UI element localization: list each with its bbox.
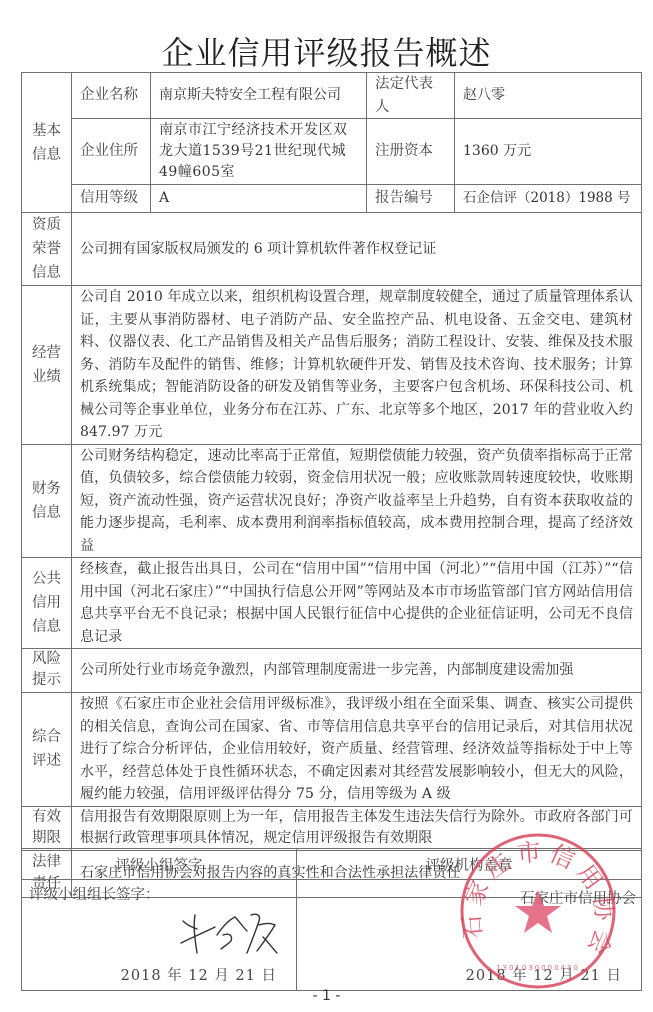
- address-label: 企业住所: [72, 119, 151, 185]
- business-text: 公司自 2010 年成立以来，组织机构设置合理，规章制度较健全，通过了质量管理体…: [72, 286, 642, 445]
- org-stamp-header: 评级机构盖章: [297, 849, 642, 880]
- row-address: 企业住所 南京市江宁经济技术开发区双龙大道1539号21世纪现代城49幢605室…: [22, 119, 642, 185]
- row-qualification: 资质荣誉信息 公司拥有国家版权局颁发的 6 项计算机软件著作权登记证: [22, 213, 642, 286]
- section-label-qualification: 资质荣誉信息: [22, 213, 72, 286]
- page-number: - 1 -: [0, 988, 653, 1004]
- section-label-validity: 有效期限: [22, 806, 72, 850]
- credit-level-value: A: [151, 185, 367, 213]
- row-credit-level: 信用等级 A 报告编号 石企信评（2018）1988 号: [22, 185, 642, 213]
- row-risk: 风险提示 公司所处行业市场竞争激烈，内部管理制度需进一步完善，内部制度建设需加强: [22, 649, 642, 693]
- capital-value: 1360 万元: [455, 119, 642, 185]
- report-no-value: 石企信评（2018）1988 号: [455, 185, 642, 213]
- section-label-public-credit: 公共信用信息: [22, 558, 72, 649]
- group-signature-cell: 评级小组组长签字： 2018 年 12 月 21 日: [22, 880, 297, 991]
- financial-text: 公司财务结构稳定，速动比率高于正常值，短期偿债能力较强，资产负债率指标高于正常值…: [72, 444, 642, 558]
- company-name-value: 南京斯夫特安全工程有限公司: [151, 73, 367, 119]
- signature-table: 评级小组签字 评级机构盖章 评级小组组长签字： 2018 年: [21, 848, 642, 991]
- org-stamp-cell: 石家庄市信用协会 2018 年 12 月 21 日: [297, 880, 642, 991]
- risk-text: 公司所处行业市场竞争激烈，内部管理制度需进一步完善，内部制度建设需加强: [72, 649, 642, 693]
- section-label-financial: 财务信息: [22, 444, 72, 558]
- section-label-basic-info: 基本信息: [22, 73, 72, 213]
- handwritten-signature: [173, 909, 283, 959]
- org-name: 石家庄市信用协会: [520, 887, 636, 908]
- row-public-credit: 公共信用信息 经核查，截止报告出具日，公司在“信用中国”“信用中国（河北）”“信…: [22, 558, 642, 649]
- section-label-risk: 风险提示: [22, 649, 72, 693]
- address-value: 南京市江宁经济技术开发区双龙大道1539号21世纪现代城49幢605室: [151, 119, 367, 185]
- capital-label: 注册资本: [367, 119, 455, 185]
- page-title: 企业信用评级报告概述: [0, 28, 653, 74]
- row-business-performance: 经营业绩 公司自 2010 年成立以来，组织机构设置合理，规章制度较健全，通过了…: [22, 286, 642, 445]
- section-label-summary: 综合评述: [22, 693, 72, 807]
- group-signature-date: 2018 年 12 月 21 日: [121, 964, 277, 985]
- qualification-text: 公司拥有国家版权局颁发的 6 项计算机软件著作权登记证: [72, 213, 642, 286]
- report-table: 基本信息 企业名称 南京斯夫特安全工程有限公司 法定代表人 赵八零 企业住所 南…: [21, 72, 642, 898]
- section-label-business: 经营业绩: [22, 286, 72, 445]
- leader-signature-label: 评级小组组长签字：: [29, 883, 160, 904]
- row-validity: 有效期限 信用报告有效期限原则上为一年，信用报告主体发生违法失信行为除外。市政府…: [22, 806, 642, 850]
- row-summary: 综合评述 按照《石家庄市企业社会信用评级标准》，我评级小组在全面采集、调查、核实…: [22, 693, 642, 807]
- row-financial: 财务信息 公司财务结构稳定，速动比率高于正常值，短期偿债能力较强，资产负债率指标…: [22, 444, 642, 558]
- credit-level-label: 信用等级: [72, 185, 151, 213]
- legal-rep-value: 赵八零: [455, 73, 642, 119]
- summary-text: 按照《石家庄市企业社会信用评级标准》，我评级小组在全面采集、调查、核实公司提供的…: [72, 693, 642, 807]
- company-name-label: 企业名称: [72, 73, 151, 119]
- legal-rep-label: 法定代表人: [367, 73, 455, 119]
- public-credit-text: 经核查，截止报告出具日，公司在“信用中国”“信用中国（河北）”“信用中国（江苏）…: [72, 558, 642, 649]
- org-stamp-date: 2018 年 12 月 21 日: [466, 964, 622, 985]
- validity-text: 信用报告有效期限原则上为一年，信用报告主体发生违法失信行为除外。市政府各部门可根…: [72, 806, 642, 850]
- report-no-label: 报告编号: [367, 185, 455, 213]
- group-signature-header: 评级小组签字: [22, 849, 297, 880]
- row-company-name: 基本信息 企业名称 南京斯夫特安全工程有限公司 法定代表人 赵八零: [22, 73, 642, 119]
